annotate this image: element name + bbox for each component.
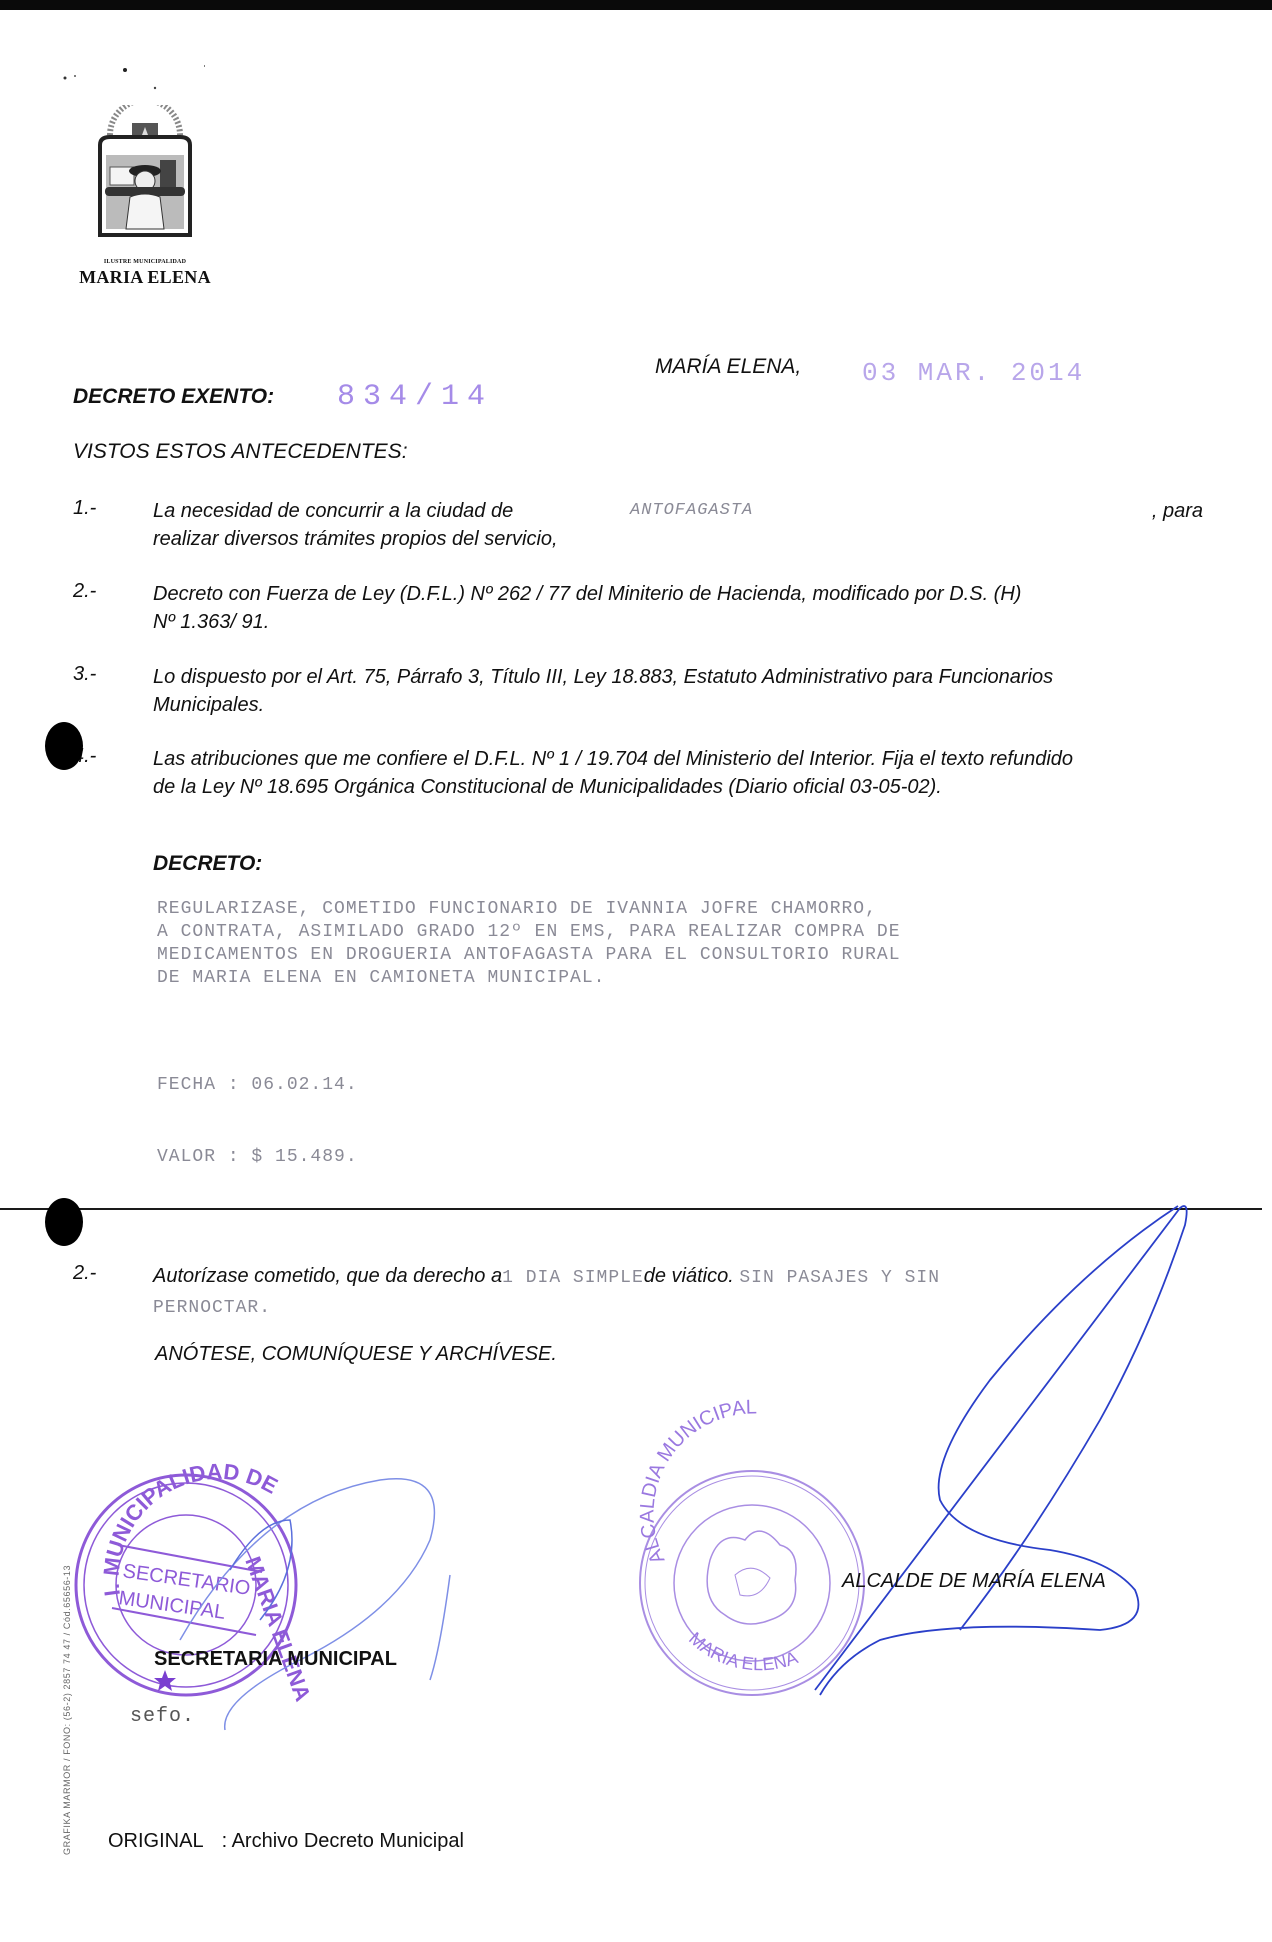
- alcaldia-stamp: [640, 1471, 864, 1695]
- item-text: La necesidad de concurrir a la ciudad de…: [153, 497, 1203, 553]
- valor-value: $ 15.489.: [251, 1147, 357, 1167]
- item-text-before: La necesidad de concurrir a la ciudad de: [153, 500, 513, 522]
- svg-text:MUNICIPAL: MUNICIPAL: [117, 1587, 226, 1624]
- punch-hole-mark: [45, 1198, 83, 1246]
- decreto-exento-label: DECRETO EXENTO:: [73, 385, 274, 409]
- alcalde-label: ALCALDE DE MARÍA ELENA: [842, 1570, 1106, 1593]
- city-label: MARÍA ELENA,: [655, 355, 801, 379]
- punch-hole-mark: [45, 722, 83, 770]
- secretaria-stamp-text: I. MUNICIPALIDAD DE: [98, 1459, 282, 1598]
- item-text: Las atribuciones que me confiere el D.F.…: [153, 745, 1203, 801]
- typed-after: SIN PASAJES Y SIN: [739, 1268, 940, 1288]
- date-stamp: 03 MAR. 2014: [862, 358, 1085, 388]
- typed-line: DE MARIA ELENA EN CAMIONETA MUNICIPAL.: [157, 967, 901, 990]
- typist-initials: sefo.: [130, 1705, 195, 1728]
- item-text-mid: de viático.: [644, 1265, 734, 1287]
- item-text-line2: de la Ley Nº 18.695 Orgánica Constitucio…: [153, 776, 942, 798]
- typed-city: ANTOFAGASTA: [630, 497, 753, 525]
- item-number: 2.-: [73, 1262, 96, 1285]
- secretaria-label: SECRETARIA MUNICIPAL: [154, 1648, 397, 1671]
- item-text: Lo dispuesto por el Art. 75, Párrafo 3, …: [153, 663, 1203, 719]
- item-text-line2: Municipales.: [153, 694, 264, 716]
- fecha-value: 06.02.14.: [251, 1075, 357, 1095]
- scan-specks: [55, 60, 205, 100]
- item-number: 2.-: [73, 580, 96, 603]
- item-text-line1: Las atribuciones que me confiere el D.F.…: [153, 748, 1073, 770]
- letterhead-title: MARIA ELENA: [70, 267, 220, 288]
- item-text: Decreto con Fuerza de Ley (D.F.L.) Nº 26…: [153, 580, 1203, 636]
- vistos-heading: VISTOS ESTOS ANTECEDENTES:: [73, 440, 408, 464]
- secretaria-signature: [180, 1479, 450, 1730]
- item-text-line2: Nº 1.363/ 91.: [153, 611, 269, 633]
- closing-formula: ANÓTESE, COMUNÍQUESE Y ARCHÍVESE.: [155, 1343, 557, 1366]
- item-text-line1: Decreto con Fuerza de Ley (D.F.L.) Nº 26…: [153, 583, 1021, 605]
- valor-row: VALOR : $ 15.489.: [157, 1145, 358, 1169]
- fecha-row: FECHA : 06.02.14.: [157, 1073, 358, 1097]
- item-text-line1: Lo dispuesto por el Art. 75, Párrafo 3, …: [153, 666, 1053, 688]
- typed-line2: PERNOCTAR.: [153, 1298, 271, 1318]
- typed-line: A CONTRATA, ASIMILADO GRADO 12º EN EMS, …: [157, 921, 901, 944]
- valor-label: VALOR: [157, 1147, 216, 1167]
- coat-of-arms-icon: [90, 105, 200, 255]
- letterhead-subtitle: ILUSTRE MUNICIPALIDAD: [70, 259, 220, 265]
- item-text: Autorízase cometido, que da derecho a1 D…: [153, 1262, 1203, 1322]
- svg-text:MARIA ELENA: MARIA ELENA: [685, 1628, 800, 1674]
- item-text-before: Autorízase cometido, que da derecho a: [153, 1265, 502, 1287]
- item-text-line2: realizar diversos trámites propios del s…: [153, 528, 558, 550]
- original-label: ORIGINAL: [108, 1830, 204, 1852]
- alcaldia-stamp-top-text: ALCALDIA MUNICIPAL: [636, 1396, 757, 1567]
- letterhead: ILUSTRE MUNICIPALIDAD MARIA ELENA: [70, 105, 220, 295]
- original-value: : Archivo Decreto Municipal: [222, 1830, 464, 1852]
- printer-imprint: GRAFIKA MARMOR / FONO: (56-2) 2857 74 47…: [62, 1565, 72, 1855]
- svg-text:SECRETARIO: SECRETARIO: [121, 1560, 251, 1600]
- original-line: ORIGINAL: Archivo Decreto Municipal: [108, 1830, 464, 1853]
- item-text-after: , para: [1152, 497, 1203, 525]
- svg-text:I. MUNICIPALIDAD DE: I. MUNICIPALIDAD DE: [98, 1459, 282, 1598]
- fecha-valor-block: FECHA : 06.02.14. VALOR : $ 15.489.: [157, 1025, 358, 1193]
- svg-text:ALCALDIA MUNICIPAL: ALCALDIA MUNICIPAL: [636, 1396, 757, 1567]
- fecha-label: FECHA: [157, 1075, 216, 1095]
- svg-text:MARIA ELENA: MARIA ELENA: [240, 1553, 316, 1704]
- decreto-typed-body: REGULARIZASE, COMETIDO FUNCIONARIO DE IV…: [157, 898, 901, 990]
- typed-line: REGULARIZASE, COMETIDO FUNCIONARIO DE IV…: [157, 898, 901, 921]
- decreto-number-stamp: 834/14: [337, 380, 493, 414]
- typed-days: 1 DIA SIMPLE: [502, 1268, 644, 1288]
- section-divider: [0, 1208, 1262, 1210]
- typed-line: MEDICAMENTOS EN DROGUERIA ANTOFAGASTA PA…: [157, 944, 901, 967]
- alcaldia-stamp-bottom-text: MARIA ELENA: [685, 1628, 800, 1674]
- scan-top-edge: [0, 0, 1272, 10]
- item-number: 1.-: [73, 497, 96, 520]
- item-number: 3.-: [73, 663, 96, 686]
- decreto-heading: DECRETO:: [153, 852, 262, 876]
